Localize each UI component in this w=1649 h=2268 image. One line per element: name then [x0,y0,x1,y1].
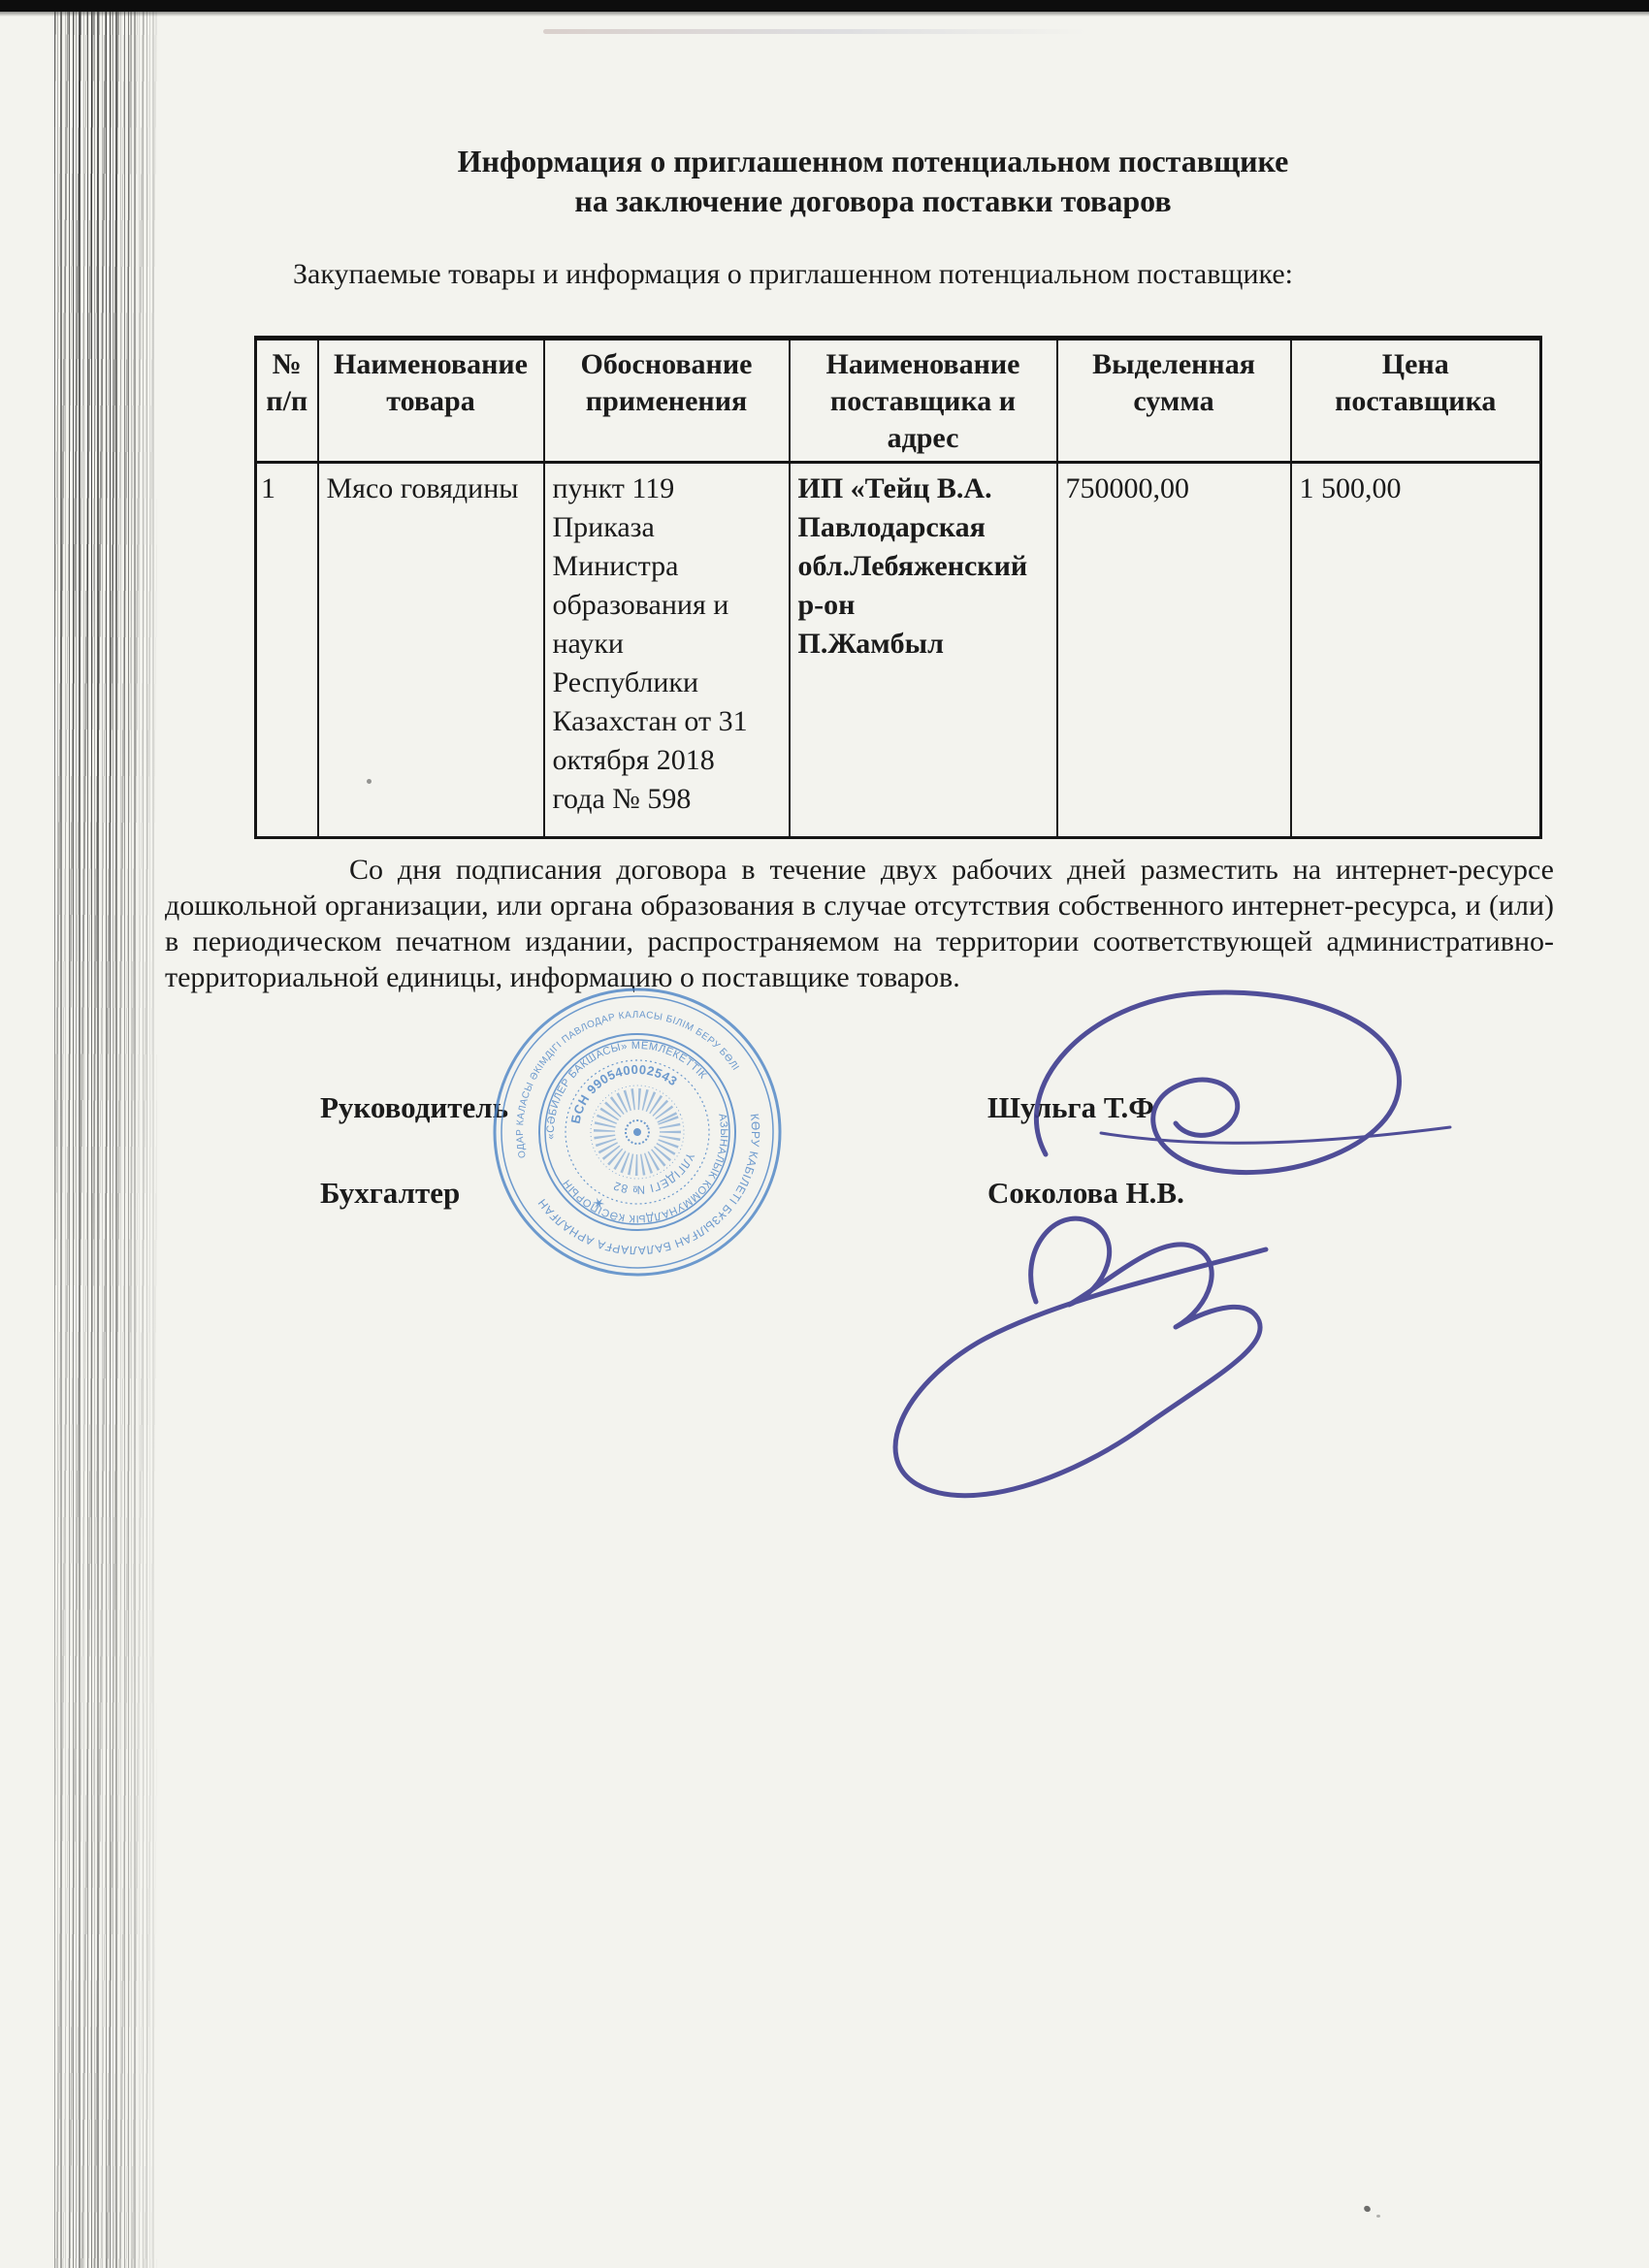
cell-justification: пункт 119 Приказа Министра образования и… [544,463,790,838]
scan-smudge-artifact [543,29,1086,34]
director-signature [1036,992,1399,1173]
cell-supplier: ИП «Тейц В.А. Павлодарская обл.Лебяженск… [790,463,1057,838]
table-header-row: № п/п Наименование товара Обоснование пр… [256,339,1541,463]
procurement-table: № п/п Наименование товара Обоснование пр… [254,336,1542,839]
document-title-line2: на заключение договора поставки товаров [175,181,1571,221]
cell-supplier-price: 1 500,00 [1291,463,1541,838]
stamp-middle-bottom-text: КАЗЫНАЛЫК КОММУНАЛДЫК КӘСІПОРЫНЫ [487,982,756,1276]
cell-num: 1 [256,463,318,838]
scan-speck [1376,2215,1380,2218]
accountant-signature [895,1218,1266,1496]
header-supplier: Наименование поставщика и адрес [790,339,1057,463]
header-justification: Обоснование применения [544,339,790,463]
accountant-role-label: Бухгалтер [320,1176,460,1211]
document-title: Информация о приглашенном потенциальном … [175,142,1571,221]
document-title-line1: Информация о приглашенном потенциальном … [175,142,1571,181]
scanner-edge-fade [0,12,1649,16]
director-role-label: Руководитель [320,1090,508,1125]
header-num: № п/п [256,339,318,463]
handwritten-signatures [824,960,1465,1542]
header-allocated-sum: Выделенная сумма [1057,339,1291,463]
header-supplier-price: Цена поставщика [1291,339,1541,463]
official-stamp: ПАВЛОДАР КАЛАСЫ ӘКІМДІГІ ПАВЛОДАР КАЛАСЫ… [487,982,788,1282]
cell-allocated-sum: 750000,00 [1057,463,1291,838]
scanner-edge-bar [0,0,1649,12]
table-row: 1 Мясо говядины пункт 119 Приказа Минист… [256,463,1541,838]
intro-paragraph: Закупаемые товары и информация о приглаш… [165,256,1562,292]
cell-product: Мясо говядины [318,463,544,838]
header-product: Наименование товара [318,339,544,463]
scan-streak-fade [54,12,157,2268]
scan-speck [1363,2205,1372,2214]
emblem-core [632,1127,642,1137]
